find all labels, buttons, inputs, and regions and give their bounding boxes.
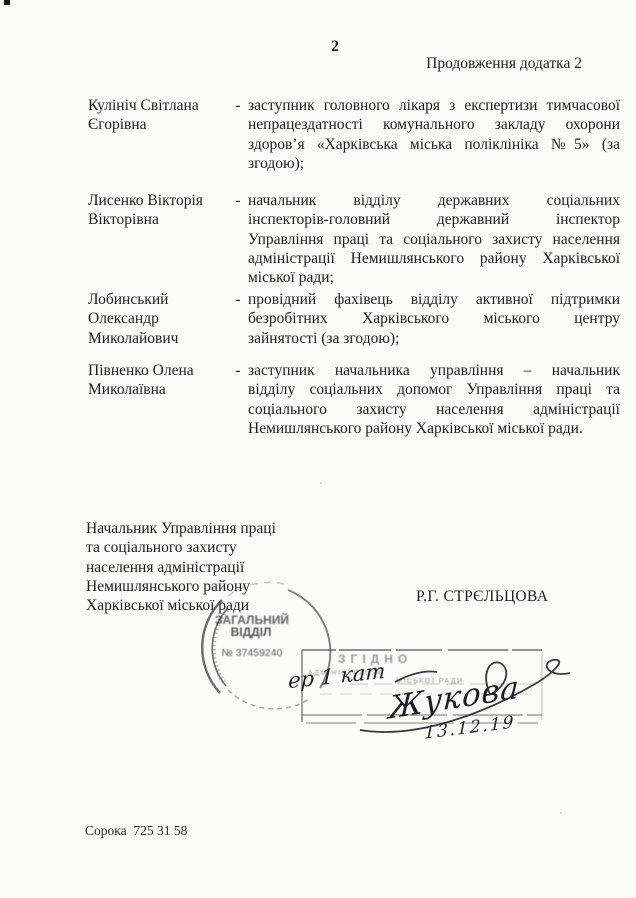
appointee-position: заступник головного лікаря з експертизи … (248, 96, 620, 173)
round-stamp-line2: ВІДДІЛ (231, 625, 272, 639)
dash-separator: - (231, 96, 245, 115)
round-stamp-number: № 37459240 (222, 647, 283, 659)
signature-flourish (340, 630, 590, 760)
appointee-position: провідний фахівець відділу активної підт… (248, 290, 620, 348)
stamp-rim-text-marks (213, 610, 227, 684)
dash-separator: - (231, 191, 245, 210)
dash-separator: - (231, 361, 245, 380)
appointee-position: заступник начальника управління – началь… (248, 361, 620, 438)
scan-noise-dot (560, 812, 562, 814)
scan-artifact-mark (4, 0, 10, 5)
signatory-title: Начальник Управління праці та соціальног… (86, 519, 316, 615)
scan-noise-dot (601, 97, 603, 99)
scanned-document-page: 2 Продовження додатка 2 Кулініч Світлана… (0, 0, 636, 898)
appointee-name: Лисенко Вікторія Вікторівна (88, 191, 238, 230)
appointee-name: Кулініч Світлана Єгорівна (88, 96, 238, 135)
scan-noise-dot (320, 482, 322, 484)
signatory-name: Р.Г. СТРЄЛЬЦОВА (416, 587, 606, 606)
appointee-position: начальник відділу державних соціальних і… (248, 191, 620, 287)
dash-separator: - (231, 290, 245, 309)
appointee-name: Півненко Олена Миколаївна (88, 361, 238, 400)
appendix-continuation-label: Продовження додатка 2 (336, 54, 582, 73)
appointee-name: Лобинський Олександр Миколайович (88, 290, 238, 348)
scan-noise-dot (140, 298, 142, 300)
document-footer-contact: Сорока 725 31 58 (85, 821, 187, 840)
